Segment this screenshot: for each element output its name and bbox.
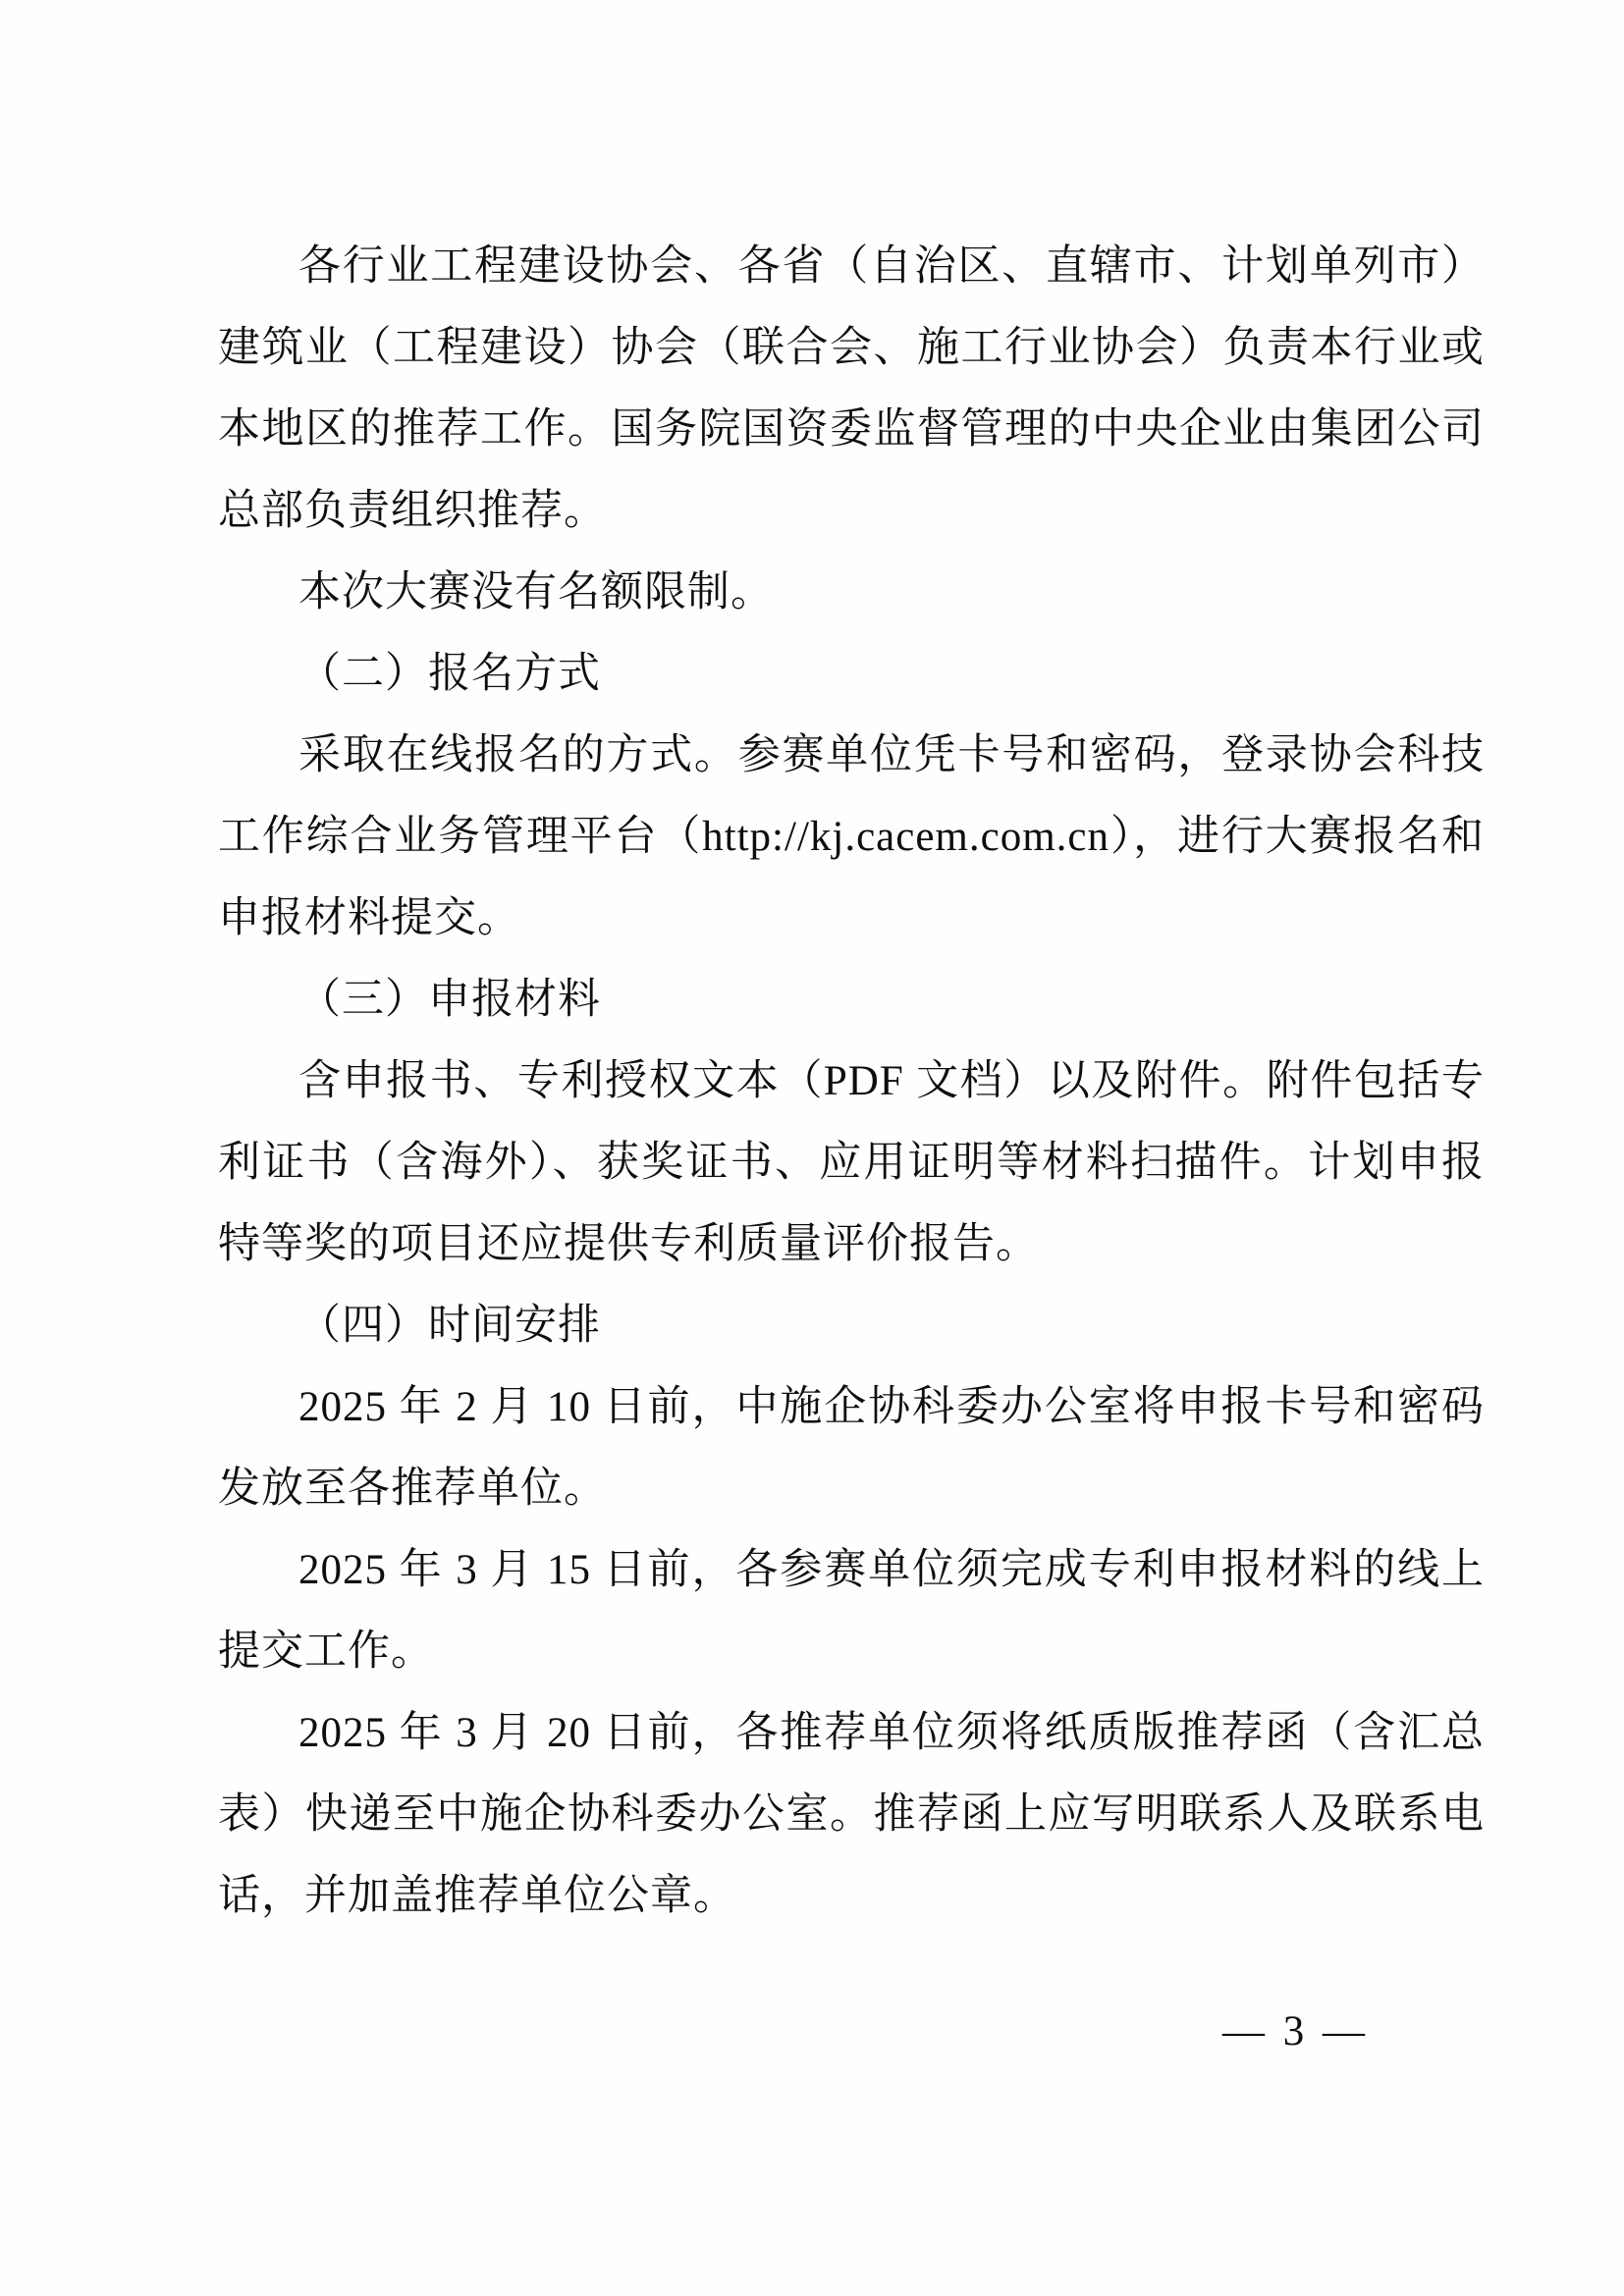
text-line: 建筑业（工程建设）协会（联合会、施工行业协会）负责本行业或 bbox=[218, 307, 1485, 389]
text-line: 本地区的推荐工作。国务院国资委监督管理的中央企业由集团公司 bbox=[218, 389, 1485, 470]
text-line: 本次大赛没有名额限制。 bbox=[218, 552, 1485, 633]
document-body: 各行业工程建设协会、各省（自治区、直辖市、计划单列市）建筑业（工程建设）协会（联… bbox=[218, 226, 1485, 1937]
text-line: 提交工作。 bbox=[218, 1611, 1485, 1692]
text-line: 2025 年 3 月 15 日前，各参赛单位须完成专利申报材料的线上 bbox=[218, 1529, 1485, 1611]
document-page: 各行业工程建设协会、各省（自治区、直辖市、计划单列市）建筑业（工程建设）协会（联… bbox=[0, 0, 1624, 2296]
section-heading: （二）报名方式 bbox=[218, 633, 1485, 715]
text-line: 申报材料提交。 bbox=[218, 878, 1485, 959]
section-heading: （四）时间安排 bbox=[218, 1285, 1485, 1366]
text-line: 各行业工程建设协会、各省（自治区、直辖市、计划单列市） bbox=[218, 226, 1485, 307]
text-line: 表）快递至中施企协科委办公室。推荐函上应写明联系人及联系电 bbox=[218, 1774, 1485, 1855]
section-heading: （三）申报材料 bbox=[218, 959, 1485, 1041]
text-line: 利证书（含海外）、获奖证书、应用证明等材料扫描件。计划申报 bbox=[218, 1122, 1485, 1203]
text-line: 特等奖的项目还应提供专利质量评价报告。 bbox=[218, 1203, 1485, 1285]
text-line: 含申报书、专利授权文本（PDF 文档）以及附件。附件包括专 bbox=[218, 1041, 1485, 1122]
text-line: 话，并加盖推荐单位公章。 bbox=[218, 1855, 1485, 1937]
text-line: 工作综合业务管理平台（http://kj.cacem.com.cn），进行大赛报… bbox=[218, 796, 1485, 878]
text-line: 采取在线报名的方式。参赛单位凭卡号和密码，登录协会科技 bbox=[218, 715, 1485, 796]
page-number: — 3 — bbox=[1222, 2002, 1369, 2061]
text-line: 发放至各推荐单位。 bbox=[218, 1448, 1485, 1529]
text-line: 总部负责组织推荐。 bbox=[218, 470, 1485, 552]
text-line: 2025 年 3 月 20 日前，各推荐单位须将纸质版推荐函（含汇总 bbox=[218, 1692, 1485, 1774]
text-line: 2025 年 2 月 10 日前，中施企协科委办公室将申报卡号和密码 bbox=[218, 1366, 1485, 1448]
